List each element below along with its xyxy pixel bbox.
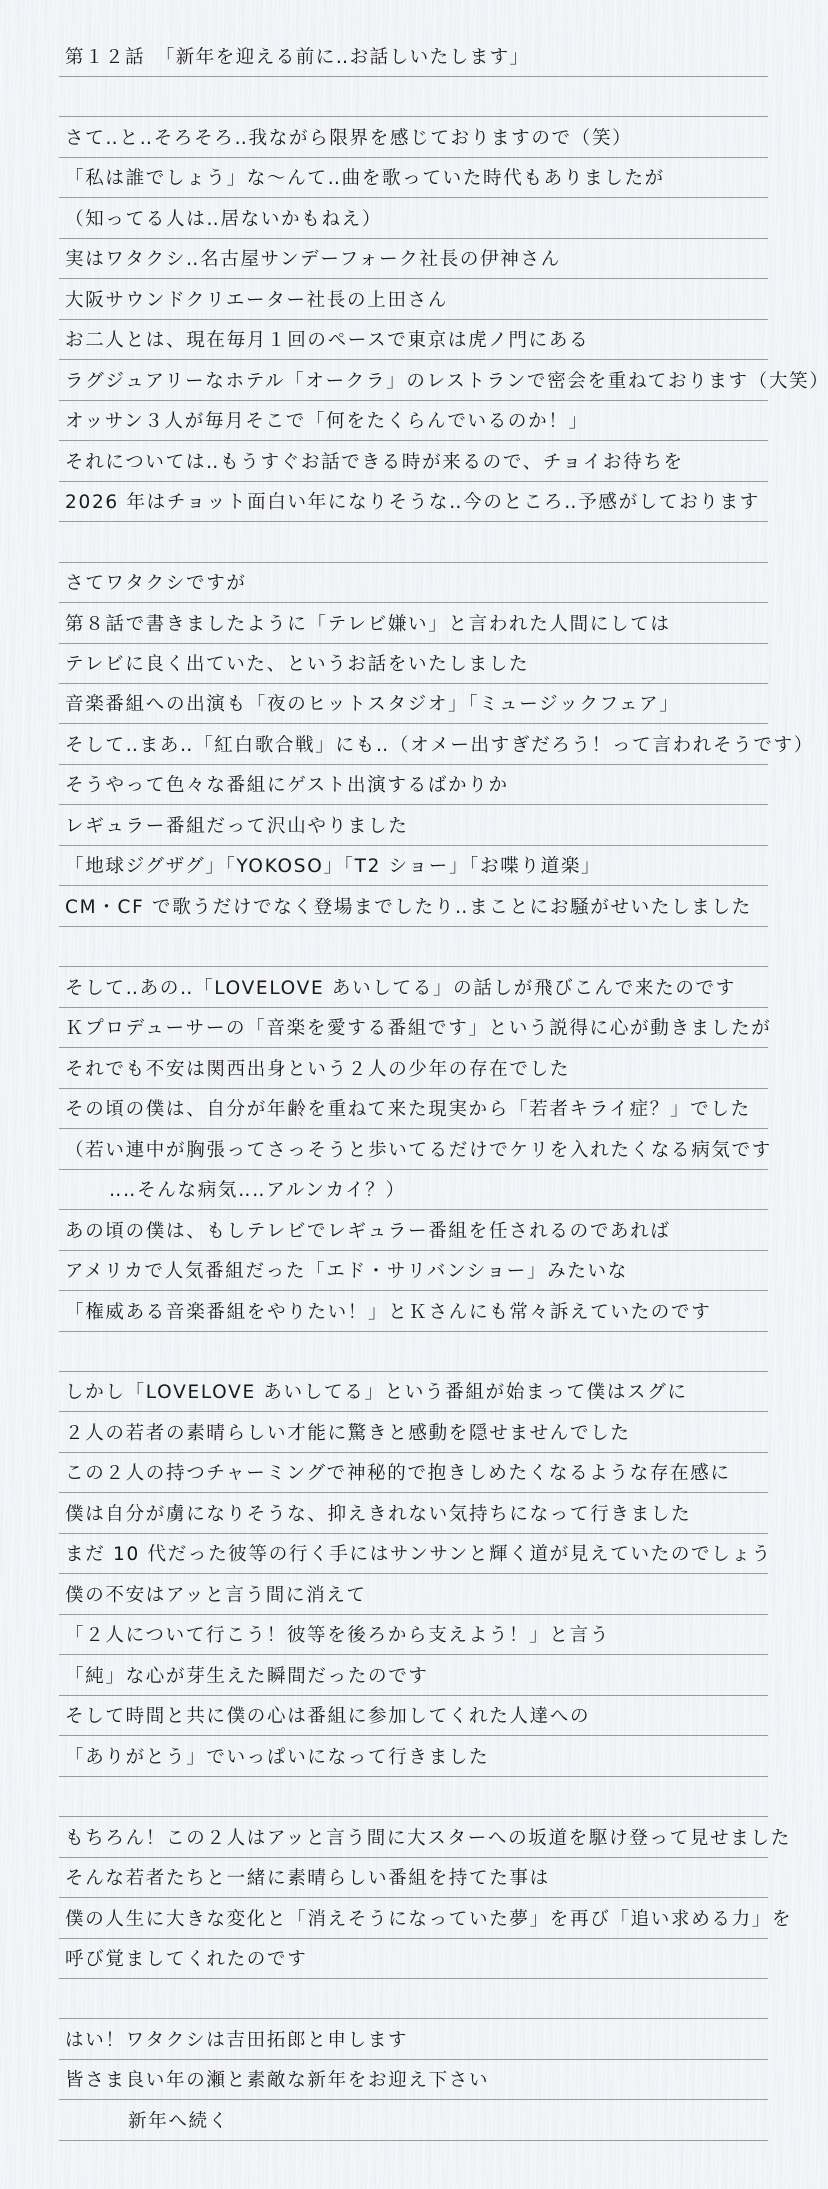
text-line: さて‥と‥そろそろ‥我ながら限界を感じておりますので（笑）	[59, 117, 768, 157]
line-text: 大阪サウンドクリエーター社長の上田さん	[65, 290, 448, 312]
line-text: あの頃の僕は、もしテレビでレギュラー番組を任されるのであれば	[65, 1221, 671, 1243]
text-line: 大阪サウンドクリエーター社長の上田さん	[59, 279, 768, 319]
line-text: （若い連中が胸張ってさっそうと歩いてるだけでケリを入れたくなる病気です	[65, 1140, 772, 1162]
blank-line	[59, 77, 768, 117]
article-title-row: 第１２話 「新年を迎える前に‥お話しいたします」	[59, 37, 768, 77]
text-line: そして‥あの‥「LOVELOVE あいしてる」の話しが飛びこんで来たのです	[59, 967, 768, 1007]
text-line: CM・CF で歌うだけでなく登場までしたり‥まことにお騒がせいたしました	[59, 886, 768, 926]
text-line: 「ありがとう」でいっぱいになって行きました	[59, 1736, 768, 1776]
text-line: 「地球ジグザグ」「YOKOSO」「T2 ショー」「お喋り道楽」	[59, 846, 768, 886]
text-line: 皆さま良い年の瀬と素敵な新年をお迎え下さい	[59, 2060, 768, 2100]
text-line: ‥‥そんな病気‥‥アルンカイ？）	[59, 1170, 768, 1210]
line-text: テレビに良く出ていた、というお話をいたしました	[65, 654, 529, 676]
text-line: 「権威ある音楽番組をやりたい！」とＫさんにも常々訴えていたのです	[59, 1291, 768, 1331]
line-text: まだ 10 代だった彼等の行く手にはサンサンと輝く道が見えていたのでしょう	[65, 1544, 772, 1566]
line-text: Ｋプロデューサーの「音楽を愛する番組です」という説得に心が動きましたが	[65, 1018, 771, 1040]
text-line: 僕の不安はアッと言う間に消えて	[59, 1574, 768, 1614]
text-line: テレビに良く出ていた、というお話をいたしました	[59, 644, 768, 684]
text-line: 実はワタクシ‥名古屋サンデーフォーク社長の伊神さん	[59, 239, 768, 279]
text-line: あの頃の僕は、もしテレビでレギュラー番組を任されるのであれば	[59, 1210, 768, 1250]
text-line: ２人の若者の素晴らしい才能に驚きと感動を隠せませんでした	[59, 1412, 768, 1452]
text-line: その頃の僕は、自分が年齢を重ねて来た現実から「若者キライ症？」でした	[59, 1089, 768, 1129]
line-text: さて‥と‥そろそろ‥我ながら限界を感じておりますので（笑）	[65, 128, 632, 150]
line-text: そして‥あの‥「LOVELOVE あいしてる」の話しが飛びこんで来たのです	[65, 978, 736, 1000]
line-text: アメリカで人気番組だった「エド・サリバンショー」みたいな	[65, 1261, 628, 1283]
line-text: そして‥まあ‥「紅白歌合戦」にも‥（オメー出すぎだろう！って言われそうです）	[65, 735, 814, 757]
line-text: オッサン３人が毎月そこで「何をたくらんでいるのか！」	[65, 411, 589, 433]
line-text: 第８話で書きましたように「テレビ嫌い」と言われた人間にしては	[65, 614, 671, 636]
line-text: 皆さま良い年の瀬と素敵な新年をお迎え下さい	[65, 2070, 489, 2092]
text-line: 呼び覚ましてくれたのです	[59, 1939, 768, 1979]
line-text: はい！ワタクシは吉田拓郎と申します	[65, 2030, 408, 2052]
line-text: さてワタクシですが	[65, 573, 247, 595]
line-text: 音楽番組への出演も「夜のヒットスタジオ」「ミュージックフェア」	[65, 694, 680, 716]
text-line: そして‥まあ‥「紅白歌合戦」にも‥（オメー出すぎだろう！って言われそうです）	[59, 724, 768, 764]
text-line: 僕は自分が虜になりそうな、抑えきれない気持ちになって行きました	[59, 1493, 768, 1533]
line-text: 2026 年はチョット面白い年になりそうな‥今のところ‥予感がしております	[65, 492, 760, 514]
line-text: ラグジュアリーなホテル「オークラ」のレストランで密会を重ねております（大笑）	[65, 371, 828, 393]
line-text: 「権威ある音楽番組をやりたい！」とＫさんにも常々訴えていたのです	[65, 1302, 711, 1324]
line-text: それについては‥もうすぐお話できる時が来るので、チョイお待ちを	[65, 452, 684, 474]
text-line: 2026 年はチョット面白い年になりそうな‥今のところ‥予感がしております	[59, 482, 768, 522]
line-text: この２人の持つチャーミングで神秘的で抱きしめたくなるような存在感に	[65, 1463, 731, 1485]
text-line: 新年へ続く	[59, 2100, 768, 2140]
text-line: オッサン３人が毎月そこで「何をたくらんでいるのか！」	[59, 401, 768, 441]
text-line: もちろん！この２人はアッと言う間に大スターへの坂道を駆け登って見せました	[59, 1817, 768, 1857]
line-text: その頃の僕は、自分が年齢を重ねて来た現実から「若者キライ症？」でした	[65, 1099, 751, 1121]
text-line: （若い連中が胸張ってさっそうと歩いてるだけでケリを入れたくなる病気です	[59, 1129, 768, 1169]
line-text: 呼び覚ましてくれたのです	[65, 1949, 307, 1971]
text-line: それについては‥もうすぐお話できる時が来るので、チョイお待ちを	[59, 441, 768, 481]
text-line: 「２人について行こう！彼等を後ろから支えよう！」と言う	[59, 1615, 768, 1655]
text-line: それでも不安は関西出身という２人の少年の存在でした	[59, 1048, 768, 1088]
line-text: そうやって色々な番組にゲスト出演するばかりか	[65, 775, 509, 797]
text-line: さてワタクシですが	[59, 563, 768, 603]
text-line: まだ 10 代だった彼等の行く手にはサンサンと輝く道が見えていたのでしょう	[59, 1534, 768, 1574]
line-text: そんな若者たちと一緒に素晴らしい番組を持てた事は	[65, 1868, 550, 1890]
line-text: 「２人について行こう！彼等を後ろから支えよう！」と言う	[65, 1625, 610, 1647]
line-text: 「私は誰でしょう」な～んて‥曲を歌っていた時代もありましたが	[65, 168, 665, 190]
blank-line	[59, 1777, 768, 1817]
text-line: （知ってる人は‥居ないかもねえ）	[59, 198, 768, 238]
line-text: もちろん！この２人はアッと言う間に大スターへの坂道を駆け登って見せました	[65, 1828, 791, 1850]
line-text: そして時間と共に僕の心は番組に参加してくれた人達への	[65, 1706, 590, 1728]
line-text: 僕の不安はアッと言う間に消えて	[65, 1585, 367, 1607]
line-text: ‥‥そんな病気‥‥アルンカイ？）	[109, 1180, 406, 1202]
text-line: アメリカで人気番組だった「エド・サリバンショー」みたいな	[59, 1251, 768, 1291]
line-text: 「ありがとう」でいっぱいになって行きました	[65, 1747, 489, 1769]
text-line: 音楽番組への出演も「夜のヒットスタジオ」「ミュージックフェア」	[59, 684, 768, 724]
text-line: 第８話で書きましたように「テレビ嫌い」と言われた人間にしては	[59, 603, 768, 643]
blank-line	[59, 1332, 768, 1372]
line-text: 僕は自分が虜になりそうな、抑えきれない気持ちになって行きました	[65, 1504, 691, 1526]
text-line: そんな若者たちと一緒に素晴らしい番組を持てた事は	[59, 1858, 768, 1898]
text-line: 「純」な心が芽生えた瞬間だったのです	[59, 1655, 768, 1695]
line-text: 僕の人生に大きな変化と「消えそうになっていた夢」を再び「追い求める力」を	[65, 1909, 792, 1931]
line-text: しかし「LOVELOVE あいしてる」という番組が始まって僕はスグに	[65, 1382, 688, 1404]
text-line: はい！ワタクシは吉田拓郎と申します	[59, 2019, 768, 2059]
text-line: お二人とは、現在毎月１回のペースで東京は虎ノ門にある	[59, 320, 768, 360]
line-text: 「純」な心が芽生えた瞬間だったのです	[65, 1666, 429, 1688]
line-text: 新年へ続く	[128, 2111, 229, 2133]
line-text: 実はワタクシ‥名古屋サンデーフォーク社長の伊神さん	[65, 249, 561, 271]
text-line: この２人の持つチャーミングで神秘的で抱きしめたくなるような存在感に	[59, 1453, 768, 1493]
line-text: 「地球ジグザグ」「YOKOSO」「T2 ショー」「お喋り道楽」	[65, 856, 601, 878]
line-text: それでも不安は関西出身という２人の少年の存在でした	[65, 1059, 570, 1081]
text-line: ラグジュアリーなホテル「オークラ」のレストランで密会を重ねております（大笑）	[59, 360, 768, 400]
line-text: ２人の若者の素晴らしい才能に驚きと感動を隠せませんでした	[65, 1423, 631, 1445]
line-text: レギュラー番組だって沢山やりました	[65, 816, 408, 838]
article-lines: さて‥と‥そろそろ‥我ながら限界を感じておりますので（笑）「私は誰でしょう」な～…	[59, 77, 768, 2141]
article: 第１２話 「新年を迎える前に‥お話しいたします」 さて‥と‥そろそろ‥我ながら限…	[59, 37, 768, 2141]
article-title: 第１２話 「新年を迎える前に‥お話しいたします」	[65, 47, 530, 69]
line-text: （知ってる人は‥居ないかもねえ）	[65, 209, 382, 231]
line-text: CM・CF で歌うだけでなく登場までしたり‥まことにお騒がせいたしました	[65, 897, 752, 919]
text-line: 「私は誰でしょう」な～んて‥曲を歌っていた時代もありましたが	[59, 158, 768, 198]
text-line: しかし「LOVELOVE あいしてる」という番組が始まって僕はスグに	[59, 1372, 768, 1412]
text-line: そうやって色々な番組にゲスト出演するばかりか	[59, 765, 768, 805]
text-line: Ｋプロデューサーの「音楽を愛する番組です」という説得に心が動きましたが	[59, 1008, 768, 1048]
text-line: レギュラー番組だって沢山やりました	[59, 805, 768, 845]
text-line: 僕の人生に大きな変化と「消えそうになっていた夢」を再び「追い求める力」を	[59, 1898, 768, 1938]
blank-line	[59, 1979, 768, 2019]
line-text: お二人とは、現在毎月１回のペースで東京は虎ノ門にある	[65, 330, 589, 352]
blank-line	[59, 522, 768, 562]
text-line: そして時間と共に僕の心は番組に参加してくれた人達への	[59, 1696, 768, 1736]
blank-line	[59, 927, 768, 967]
